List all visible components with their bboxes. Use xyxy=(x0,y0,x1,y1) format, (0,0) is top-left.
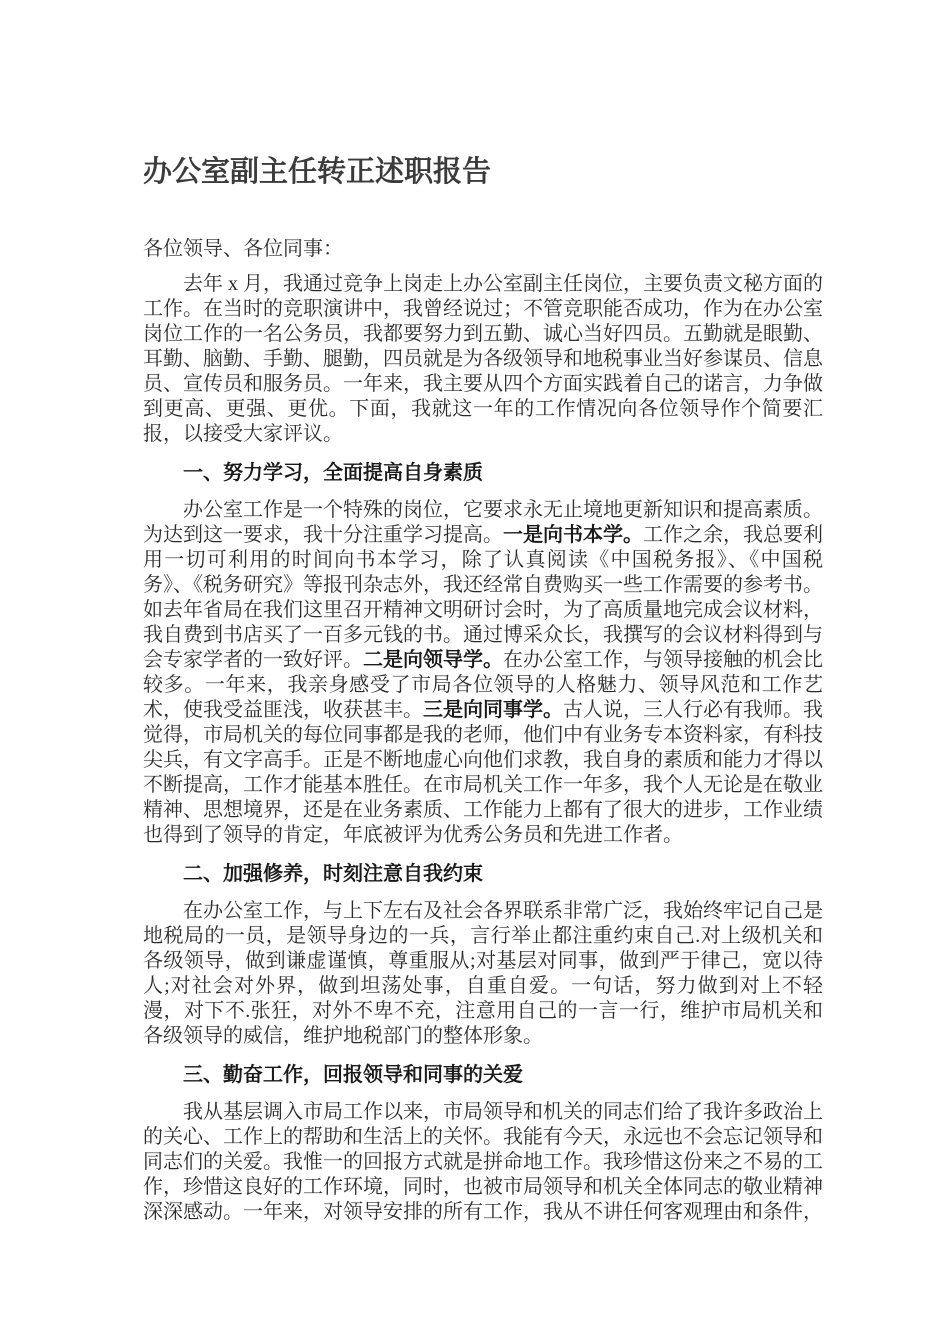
section-3-heading: 三、勤奋工作，回报领导和同事的关爱 xyxy=(143,1063,823,1088)
page-title: 办公室副主任转正述职报告 xyxy=(143,152,823,192)
document-page: 办公室副主任转正述职报告 各位领导、各位同事： 去年 x 月，我通过竞争上岗走上… xyxy=(0,0,950,1344)
section-2-heading: 二、加强修养，时刻注意自我约束 xyxy=(143,862,823,887)
section-3-paragraph: 我从基层调入市局工作以来，市局领导和机关的同志们给了我许多政治上的关心、工作上的… xyxy=(143,1100,823,1225)
section-1-heading: 一、努力学习，全面提高自身素质 xyxy=(143,461,823,486)
intro-paragraph: 去年 x 月，我通过竞争上岗走上办公室副主任岗位，主要负责文秘方面的工作。在当时… xyxy=(143,272,823,447)
section-1-paragraph: 办公室工作是一个特殊的岗位，它要求永无止境地更新知识和提高素质。为达到这一要求，… xyxy=(143,498,823,848)
section-2-paragraph: 在办公室工作，与上下左右及社会各界联系非常广泛，我始终牢记自己是地税局的一员，是… xyxy=(143,899,823,1049)
greeting-line: 各位领导、各位同事： xyxy=(143,237,823,262)
